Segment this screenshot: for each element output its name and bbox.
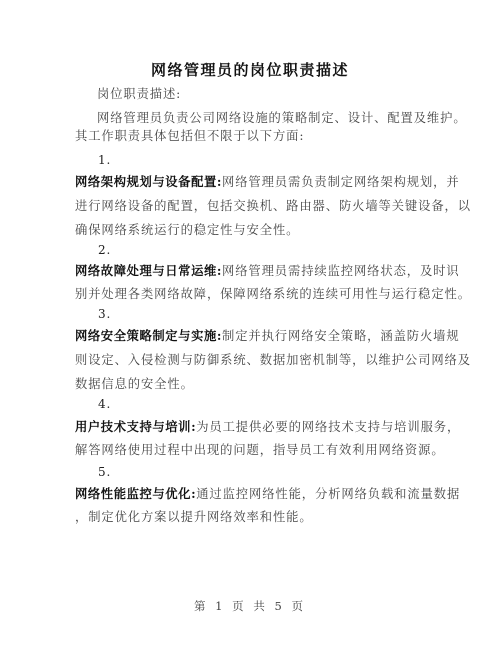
item-number-1: 1. <box>98 151 443 169</box>
item-1-first-line: 网络架构规划与设备配置:网络管理员需负责制定网络架构规划，并 <box>75 173 420 191</box>
item-3-text-1: 制定并执行网络安全策略，涵盖防火墙规 <box>222 329 460 343</box>
item-1-text-2: 进行网络设备的配置，包括交换机、路由器、防火墙等关键设备，以 <box>75 197 420 215</box>
item-3-text-3: 数据信息的安全性。 <box>75 375 420 393</box>
item-5-first-line: 网络性能监控与优化:通过监控网络性能，分析网络负载和流量数据 <box>75 485 420 503</box>
item-4-text-2: 解答网络使用过程中出现的问题，指导员工有效利用网络资源。 <box>75 441 420 459</box>
item-4-text-1: 为员工提供必要的网络技术支持与培训服务， <box>196 420 460 434</box>
item-heading-5: 网络性能监控与优化: <box>75 486 196 501</box>
item-heading-3: 网络安全策略制定与实施: <box>75 328 222 343</box>
intro-line-1: 网络管理员负责公司网络设施的策略制定、设计、配置及维护。 <box>97 109 442 127</box>
item-3-text-2: 则设定、入侵检测与防御系统、数据加密机制等，以维护公司网络及 <box>75 351 420 369</box>
page-indicator: 第 1 页 共 5 页 <box>0 598 500 614</box>
item-heading-2: 网络故障处理与日常运维: <box>75 263 222 278</box>
item-heading-1: 网络架构规划与设备配置: <box>75 174 222 189</box>
document-title: 网络管理员的岗位职责描述 <box>0 60 500 80</box>
section-label: 岗位职责描述: <box>97 85 442 103</box>
item-2-text-2: 别并处理各类网络故障，保障网络系统的连续可用性与运行稳定性。 <box>75 285 420 303</box>
item-2-text-1: 网络管理员需持续监控网络状态，及时识 <box>222 264 460 278</box>
item-number-3: 3. <box>98 305 443 323</box>
item-4-first-line: 用户技术支持与培训:为员工提供必要的网络技术支持与培训服务， <box>75 418 420 436</box>
item-5-text-2: ，制定优化方案以提升网络效率和性能。 <box>75 508 420 526</box>
document-page: 网络管理员的岗位职责描述 岗位职责描述: 网络管理员负责公司网络设施的策略制定、… <box>0 0 500 647</box>
item-3-first-line: 网络安全策略制定与实施:制定并执行网络安全策略，涵盖防火墙规 <box>75 327 420 345</box>
item-5-text-1: 通过监控网络性能，分析网络负载和流量数据 <box>196 487 460 501</box>
item-1-text-1: 网络管理员需负责制定网络架构规划，并 <box>222 175 460 189</box>
item-heading-4: 用户技术支持与培训: <box>75 419 196 434</box>
item-number-2: 2. <box>98 241 443 259</box>
item-1-text-3: 确保网络系统运行的稳定性与安全性。 <box>75 221 420 239</box>
item-number-4: 4. <box>98 395 443 413</box>
item-2-first-line: 网络故障处理与日常运维:网络管理员需持续监控网络状态，及时识 <box>75 262 420 280</box>
item-number-5: 5. <box>98 463 443 481</box>
intro-line-2: 其工作职责具体包括但不限于以下方面: <box>75 127 420 145</box>
